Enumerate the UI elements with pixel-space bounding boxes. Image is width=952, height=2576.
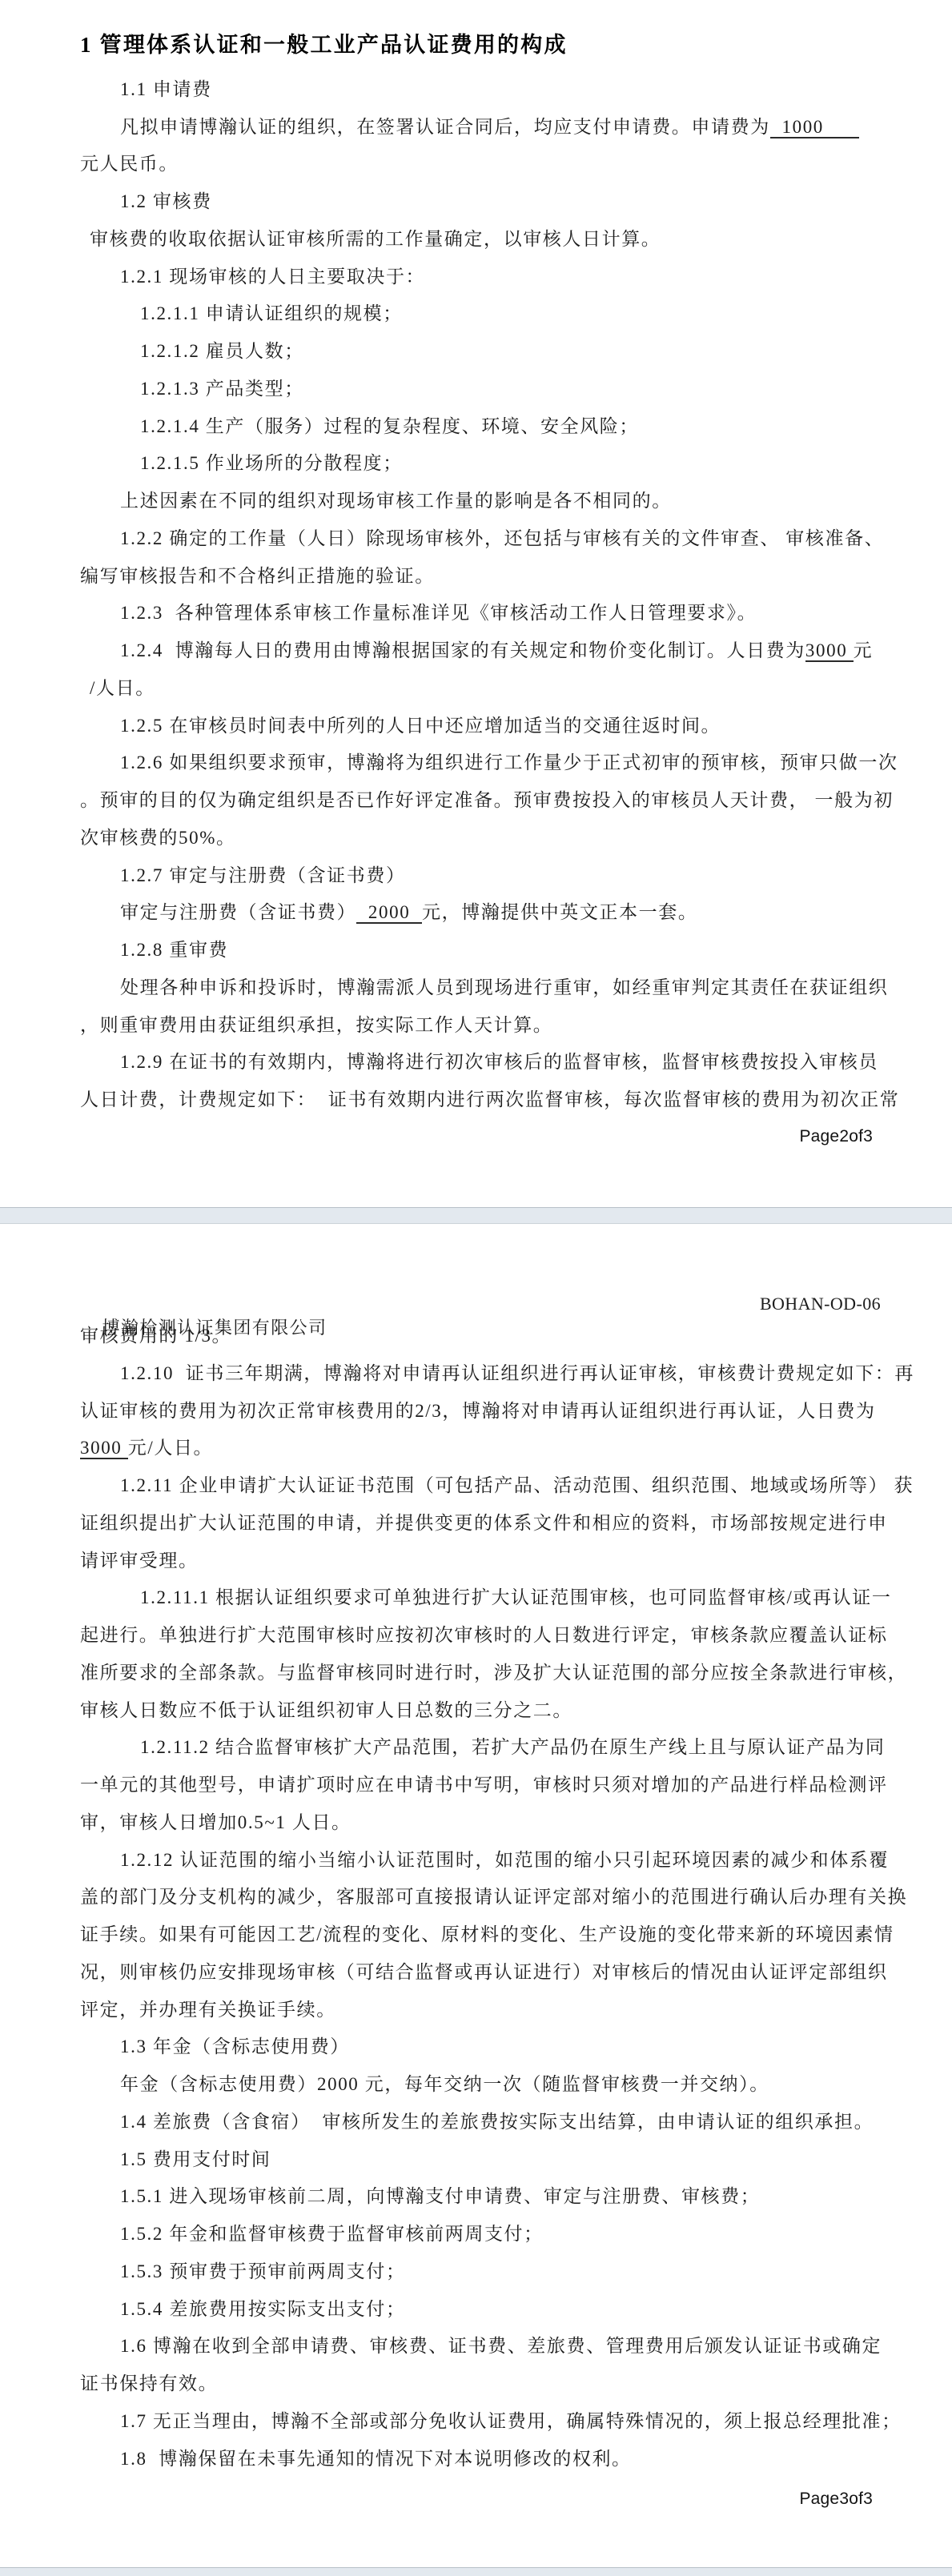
text-segment: 1.2.3 各种管理体系审核工作量标准详见《审核活动工作人日管理要求》。 xyxy=(120,603,757,623)
text-line: 1.2.11.1 根据认证组织要求可单独进行扩大认证范围审核，也可同监督审核/或… xyxy=(140,1585,891,1611)
text-line: 一单元的其他型号，申请扩项时应在申请书中写明，审核时只须对增加的产品进行样品检测… xyxy=(80,1772,888,1798)
text-line: 3000 元/人日。 xyxy=(80,1435,213,1461)
underlined-fee-value: 1000 xyxy=(770,117,859,138)
text-segment: 1.7 无正当理由，博瀚不全部或部分免收认证费用，确属特殊情况的，须上报总经理批… xyxy=(120,2411,902,2431)
text-line: ，则重审费用由获证组织承担，按实际工作人天计算。 xyxy=(80,1013,552,1038)
text-segment: 1.2.1.3 产品类型； xyxy=(140,379,304,399)
text-line: 1.2.2 确定的工作量（人日）除现场审核外，还包括与审核有关的文件审查、 审核… xyxy=(120,526,884,552)
text-segment: 1.2.1.1 申请认证组织的规模； xyxy=(140,303,403,323)
text-segment: 审核费用的 1/3。 xyxy=(80,1326,231,1346)
document-viewer: 1 管理体系认证和一般工业产品认证费用的构成1.1 申请费凡拟申请博瀚认证的组织… xyxy=(0,0,952,2576)
text-line: 审核费的收取依据认证审核所需的工作量确定，以审核人日计算。 xyxy=(90,227,661,252)
text-segment: 1.2.11.1 根据认证组织要求可单独进行扩大认证范围审核，也可同监督审核/或… xyxy=(140,1587,891,1607)
text-segment: 1.2.11.2 结合监督审核扩大产品范围，若扩大产品仍在原生产线上且与原认证产… xyxy=(140,1737,885,1757)
text-segment: 。预审的目的仅为确定组织是否已作好评定准备。预审费按投入的审核员人天计费， 一般… xyxy=(80,790,894,810)
section-1-4-heading: 1.4 差旅费（含食宿） 审核所发生的差旅费按实际支出结算，由申请认证的组织承担… xyxy=(120,2109,874,2135)
text-line: 审核费用的 1/3。 xyxy=(80,1323,231,1349)
text-segment: 1.5.4 差旅费用按实际支出支付； xyxy=(120,2299,406,2319)
text-line: 1.8 博瀚保留在未事先通知的情况下对本说明修改的权利。 xyxy=(120,2446,632,2472)
page-break-band xyxy=(0,1207,952,1224)
page-break-band-partial xyxy=(0,2567,952,2576)
text-line: 1.2.9 在证书的有效期内，博瀚将进行初次审核后的监督审核，监督审核费按投入审… xyxy=(120,1049,878,1075)
text-segment: 1.8 博瀚保留在未事先通知的情况下对本说明修改的权利。 xyxy=(120,2449,632,2469)
text-segment: 1.2.8 重审费 xyxy=(120,940,228,960)
text-segment: 证手续。如果有可能因工艺/流程的变化、原材料的变化、生产设施的变化带来新的环境因… xyxy=(80,1924,894,1944)
text-segment: 次审核费的50%。 xyxy=(80,828,236,848)
text-segment: 证组织提出扩大认证范围的申请，并提供变更的体系文件和相应的资料，市场部按规定进行… xyxy=(80,1513,888,1533)
text-segment: 元/人日。 xyxy=(128,1438,213,1458)
text-segment: 1.2.11 企业申请扩大认证证书范围（可包括产品、活动范围、组织范围、地域或场… xyxy=(120,1475,914,1495)
text-segment: 证书保持有效。 xyxy=(80,2373,218,2393)
text-line: 1.2.6 如果组织要求预审，博瀚将为组织进行工作量少于正式初审的预审核，预审只… xyxy=(120,750,898,776)
text-segment: /人日。 xyxy=(90,678,155,698)
text-segment: 元人民币。 xyxy=(80,154,179,174)
text-line: 1.2.12 认证范围的缩小当缩小认证范围时，如范围的缩小只引起环境因素的减少和… xyxy=(120,1848,889,1873)
text-segment: 1.2.2 确定的工作量（人日）除现场审核外，还包括与审核有关的文件审查、 审核… xyxy=(120,528,884,548)
text-segment: 元 xyxy=(854,640,874,660)
text-line: 1.2.1.5 作业场所的分散程度； xyxy=(140,451,403,476)
text-line: 1.2.1.1 申请认证组织的规模； xyxy=(140,301,403,327)
text-line: 1.2.4 博瀚每人日的费用由博瀚根据国家的有关规定和物价变化制订。人日费为30… xyxy=(120,638,873,664)
page-footer: Page3of3 xyxy=(799,2490,873,2509)
text-segment: 1.2.12 认证范围的缩小当缩小认证范围时，如范围的缩小只引起环境因素的减少和… xyxy=(120,1850,889,1870)
section-1-3-heading: 1.3 年金（含标志使用费） xyxy=(120,2034,350,2060)
text-segment: 1.5 费用支付时间 xyxy=(120,2149,271,2169)
text-line: 盖的部门及分支机构的减少，客服部可直接报请认证评定部对缩小的范围进行确认后办理有… xyxy=(80,1884,907,1910)
text-segment: 审核费的收取依据认证审核所需的工作量确定，以审核人日计算。 xyxy=(90,229,661,249)
text-line: 1.6 博瀚在收到全部申请费、审核费、证书费、差旅费、管理费用后颁发认证证书或确… xyxy=(120,2333,882,2359)
text-segment: 1.2 审核费 xyxy=(120,191,212,211)
text-segment: 1 管理体系认证和一般工业产品认证费用的构成 xyxy=(80,33,568,57)
text-line: 证书保持有效。 xyxy=(80,2371,218,2397)
text-line: 1.5.1 进入现场审核前二周，向博瀚支付申请费、审定与注册费、审核费； xyxy=(120,2184,760,2209)
text-segment: 1.2.4 博瀚每人日的费用由博瀚根据国家的有关规定和物价变化制订。人日费为 xyxy=(120,640,805,660)
text-line: 1.2.10 证书三年期满，博瀚将对申请再认证组织进行再认证审核，审核费计费规定… xyxy=(120,1361,914,1386)
section-1-5-heading: 1.5 费用支付时间 xyxy=(120,2147,271,2173)
text-segment: 审定与注册费（含证书费） xyxy=(120,902,356,922)
text-line: 审定与注册费（含证书费） 2000 元，博瀚提供中英文正本一套。 xyxy=(120,900,697,925)
underlined-fee-value: 2000 xyxy=(356,902,422,924)
text-segment: 编写审核报告和不合格纠正措施的验证。 xyxy=(80,566,435,586)
text-segment: 1.2.9 在证书的有效期内，博瀚将进行初次审核后的监督审核，监督审核费按投入审… xyxy=(120,1052,878,1072)
text-segment: 凡拟申请博瀚认证的组织，在签署认证合同后，均应支付申请费。申请费为 xyxy=(120,117,770,137)
text-line: 上述因素在不同的组织对现场审核工作量的影响是各不相同的。 xyxy=(120,488,672,514)
text-segment: 处理各种申诉和投诉时，博瀚需派人员到现场进行重审，如经重审判定其责任在获证组织 xyxy=(120,977,888,997)
text-line: 元人民币。 xyxy=(80,151,179,177)
text-segment: 1.2.5 在审核员时间表中所列的人日中还应增加适当的交通往返时间。 xyxy=(120,716,721,736)
underlined-fee-value: 3000 xyxy=(805,640,854,662)
text-line: 准所要求的全部条款。与监督审核同时进行时，涉及扩大认证范围的部分应按全条款进行审… xyxy=(80,1660,907,1686)
text-segment: 上述因素在不同的组织对现场审核工作量的影响是各不相同的。 xyxy=(120,491,672,511)
text-segment: ，则重审费用由获证组织承担，按实际工作人天计算。 xyxy=(80,1015,552,1035)
header-doc-code: BOHAN-OD-06 xyxy=(760,1294,881,1314)
text-segment: 审核人日数应不低于认证组织初审人日总数的三分之二。 xyxy=(80,1700,572,1720)
text-line: 1.2.5 在审核员时间表中所列的人日中还应增加适当的交通往返时间。 xyxy=(120,713,721,739)
text-segment: 审，审核人日增加0.5~1 人日。 xyxy=(80,1812,351,1832)
text-line: 1.2.11.2 结合监督审核扩大产品范围，若扩大产品仍在原生产线上且与原认证产… xyxy=(140,1735,885,1760)
text-line: 请评审受理。 xyxy=(80,1548,199,1574)
text-segment: 1.2.1.4 生产（服务）过程的复杂程度、环境、安全风险； xyxy=(140,416,639,436)
text-line: 起进行。单独进行扩大范围审核时应按初次审核时的人日数进行评定，审核条款应覆盖认证… xyxy=(80,1623,888,1648)
underlined-fee-value: 3000 xyxy=(80,1438,128,1459)
text-line: 1.7 无正当理由，博瀚不全部或部分免收认证费用，确属特殊情况的，须上报总经理批… xyxy=(120,2409,902,2434)
text-line: 1.2.1.4 生产（服务）过程的复杂程度、环境、安全风险； xyxy=(140,414,639,439)
text-segment: 1.5.1 进入现场审核前二周，向博瀚支付申请费、审定与注册费、审核费； xyxy=(120,2186,760,2206)
text-line: 证手续。如果有可能因工艺/流程的变化、原材料的变化、生产设施的变化带来新的环境因… xyxy=(80,1922,894,1948)
text-segment: 一单元的其他型号，申请扩项时应在申请书中写明，审核时只须对增加的产品进行样品检测… xyxy=(80,1775,888,1795)
text-segment: 人日计费，计费规定如下： 证书有效期内进行两次监督审核，每次监督审核的费用为初次… xyxy=(80,1089,899,1109)
text-line: 1.2.1.2 雇员人数； xyxy=(140,339,304,364)
text-line: 证组织提出扩大认证范围的申请，并提供变更的体系文件和相应的资料，市场部按规定进行… xyxy=(80,1511,888,1536)
text-segment: 评定，并办理有关换证手续。 xyxy=(80,2000,336,2020)
text-line: 1.2.1.3 产品类型； xyxy=(140,376,304,402)
text-line: 凡拟申请博瀚认证的组织，在签署认证合同后，均应支付申请费。申请费为 1000 xyxy=(120,114,859,140)
document-title: 1 管理体系认证和一般工业产品认证费用的构成 xyxy=(80,32,568,58)
text-line: 人日计费，计费规定如下： 证书有效期内进行两次监督审核，每次监督审核的费用为初次… xyxy=(80,1087,899,1113)
text-segment: 元，博瀚提供中英文正本一套。 xyxy=(422,902,697,922)
text-line: 况，则审核仍应安排现场审核（可结合监督或再认证进行）对审核后的情况由认证评定部组… xyxy=(80,1960,888,1985)
text-segment: 盖的部门及分支机构的减少，客服部可直接报请认证评定部对缩小的范围进行确认后办理有… xyxy=(80,1887,907,1907)
text-segment: 准所要求的全部条款。与监督审核同时进行时，涉及扩大认证范围的部分应按全条款进行审… xyxy=(80,1663,907,1683)
text-line: 次审核费的50%。 xyxy=(80,825,236,851)
text-segment: 1.2.1.2 雇员人数； xyxy=(140,341,304,361)
text-segment: 1.2.1.5 作业场所的分散程度； xyxy=(140,453,403,473)
section-1-1-heading: 1.1 申请费 xyxy=(120,77,212,102)
text-line: 1.5.2 年金和监督审核费于监督审核前两周支付； xyxy=(120,2221,544,2247)
text-segment: 1.4 差旅费（含食宿） 审核所发生的差旅费按实际支出结算，由申请认证的组织承担… xyxy=(120,2112,874,2132)
text-segment: 1.5.2 年金和监督审核费于监督审核前两周支付； xyxy=(120,2224,544,2244)
text-line: 编写审核报告和不合格纠正措施的验证。 xyxy=(80,564,435,589)
text-line: 认证审核的费用为初次正常审核费用的2/3，博瀚将对申请再认证组织进行再认证，人日… xyxy=(80,1398,876,1424)
text-line: /人日。 xyxy=(90,676,155,701)
text-segment: 况，则审核仍应安排现场审核（可结合监督或再认证进行）对审核后的情况由认证评定部组… xyxy=(80,1962,888,1982)
text-line: 审核人日数应不低于认证组织初审人日总数的三分之二。 xyxy=(80,1698,572,1723)
text-line: 年金（含标志使用费）2000 元，每年交纳一次（随监督审核费一并交纳）。 xyxy=(120,2072,769,2097)
text-segment: 1.2.7 审定与注册费（含证书费） xyxy=(120,865,406,885)
text-segment: 认证审核的费用为初次正常审核费用的2/3，博瀚将对申请再认证组织进行再认证，人日… xyxy=(80,1401,876,1421)
text-line: 1.5.3 预审费于预审前两周支付； xyxy=(120,2259,406,2285)
section-1-2-heading: 1.2 审核费 xyxy=(120,189,212,215)
text-line: 1.2.11 企业申请扩大认证证书范围（可包括产品、活动范围、组织范围、地域或场… xyxy=(120,1473,914,1499)
text-segment: 请评审受理。 xyxy=(80,1551,199,1571)
text-line: 1.2.3 各种管理体系审核工作量标准详见《审核活动工作人日管理要求》。 xyxy=(120,600,757,626)
text-segment: 1.2.10 证书三年期满，博瀚将对申请再认证组织进行再认证审核，审核费计费规定… xyxy=(120,1363,914,1383)
text-segment: 1.1 申请费 xyxy=(120,79,212,99)
text-line: 1.2.7 审定与注册费（含证书费） xyxy=(120,863,406,889)
text-line: 1.2.1 现场审核的人日主要取决于： xyxy=(120,264,425,290)
text-segment: 1.3 年金（含标志使用费） xyxy=(120,2036,350,2056)
text-line: 。预审的目的仅为确定组织是否已作好评定准备。预审费按投入的审核员人天计费， 一般… xyxy=(80,788,894,813)
page-header: 博瀚检测认证集团有限公司 BOHAN-OD-06 xyxy=(80,1294,881,1318)
text-segment: 1.2.6 如果组织要求预审，博瀚将为组织进行工作量少于正式初审的预审核，预审只… xyxy=(120,752,898,772)
text-line: 1.5.4 差旅费用按实际支出支付； xyxy=(120,2297,406,2322)
text-segment: 1.2.1 现场审核的人日主要取决于： xyxy=(120,267,425,287)
text-segment: 起进行。单独进行扩大范围审核时应按初次审核时的人日数进行评定，审核条款应覆盖认证… xyxy=(80,1625,888,1645)
text-line: 评定，并办理有关换证手续。 xyxy=(80,1997,336,2023)
text-segment: 1.5.3 预审费于预审前两周支付； xyxy=(120,2261,406,2281)
text-line: 审，审核人日增加0.5~1 人日。 xyxy=(80,1810,351,1836)
text-segment: 年金（含标志使用费）2000 元，每年交纳一次（随监督审核费一并交纳）。 xyxy=(120,2074,769,2094)
text-segment: 1.6 博瀚在收到全部申请费、审核费、证书费、差旅费、管理费用后颁发认证证书或确… xyxy=(120,2336,882,2356)
page-footer: Page2of3 xyxy=(799,1127,873,1146)
text-line: 处理各种申诉和投诉时，博瀚需派人员到现场进行重审，如经重审判定其责任在获证组织 xyxy=(120,975,888,1001)
text-line: 1.2.8 重审费 xyxy=(120,937,228,963)
